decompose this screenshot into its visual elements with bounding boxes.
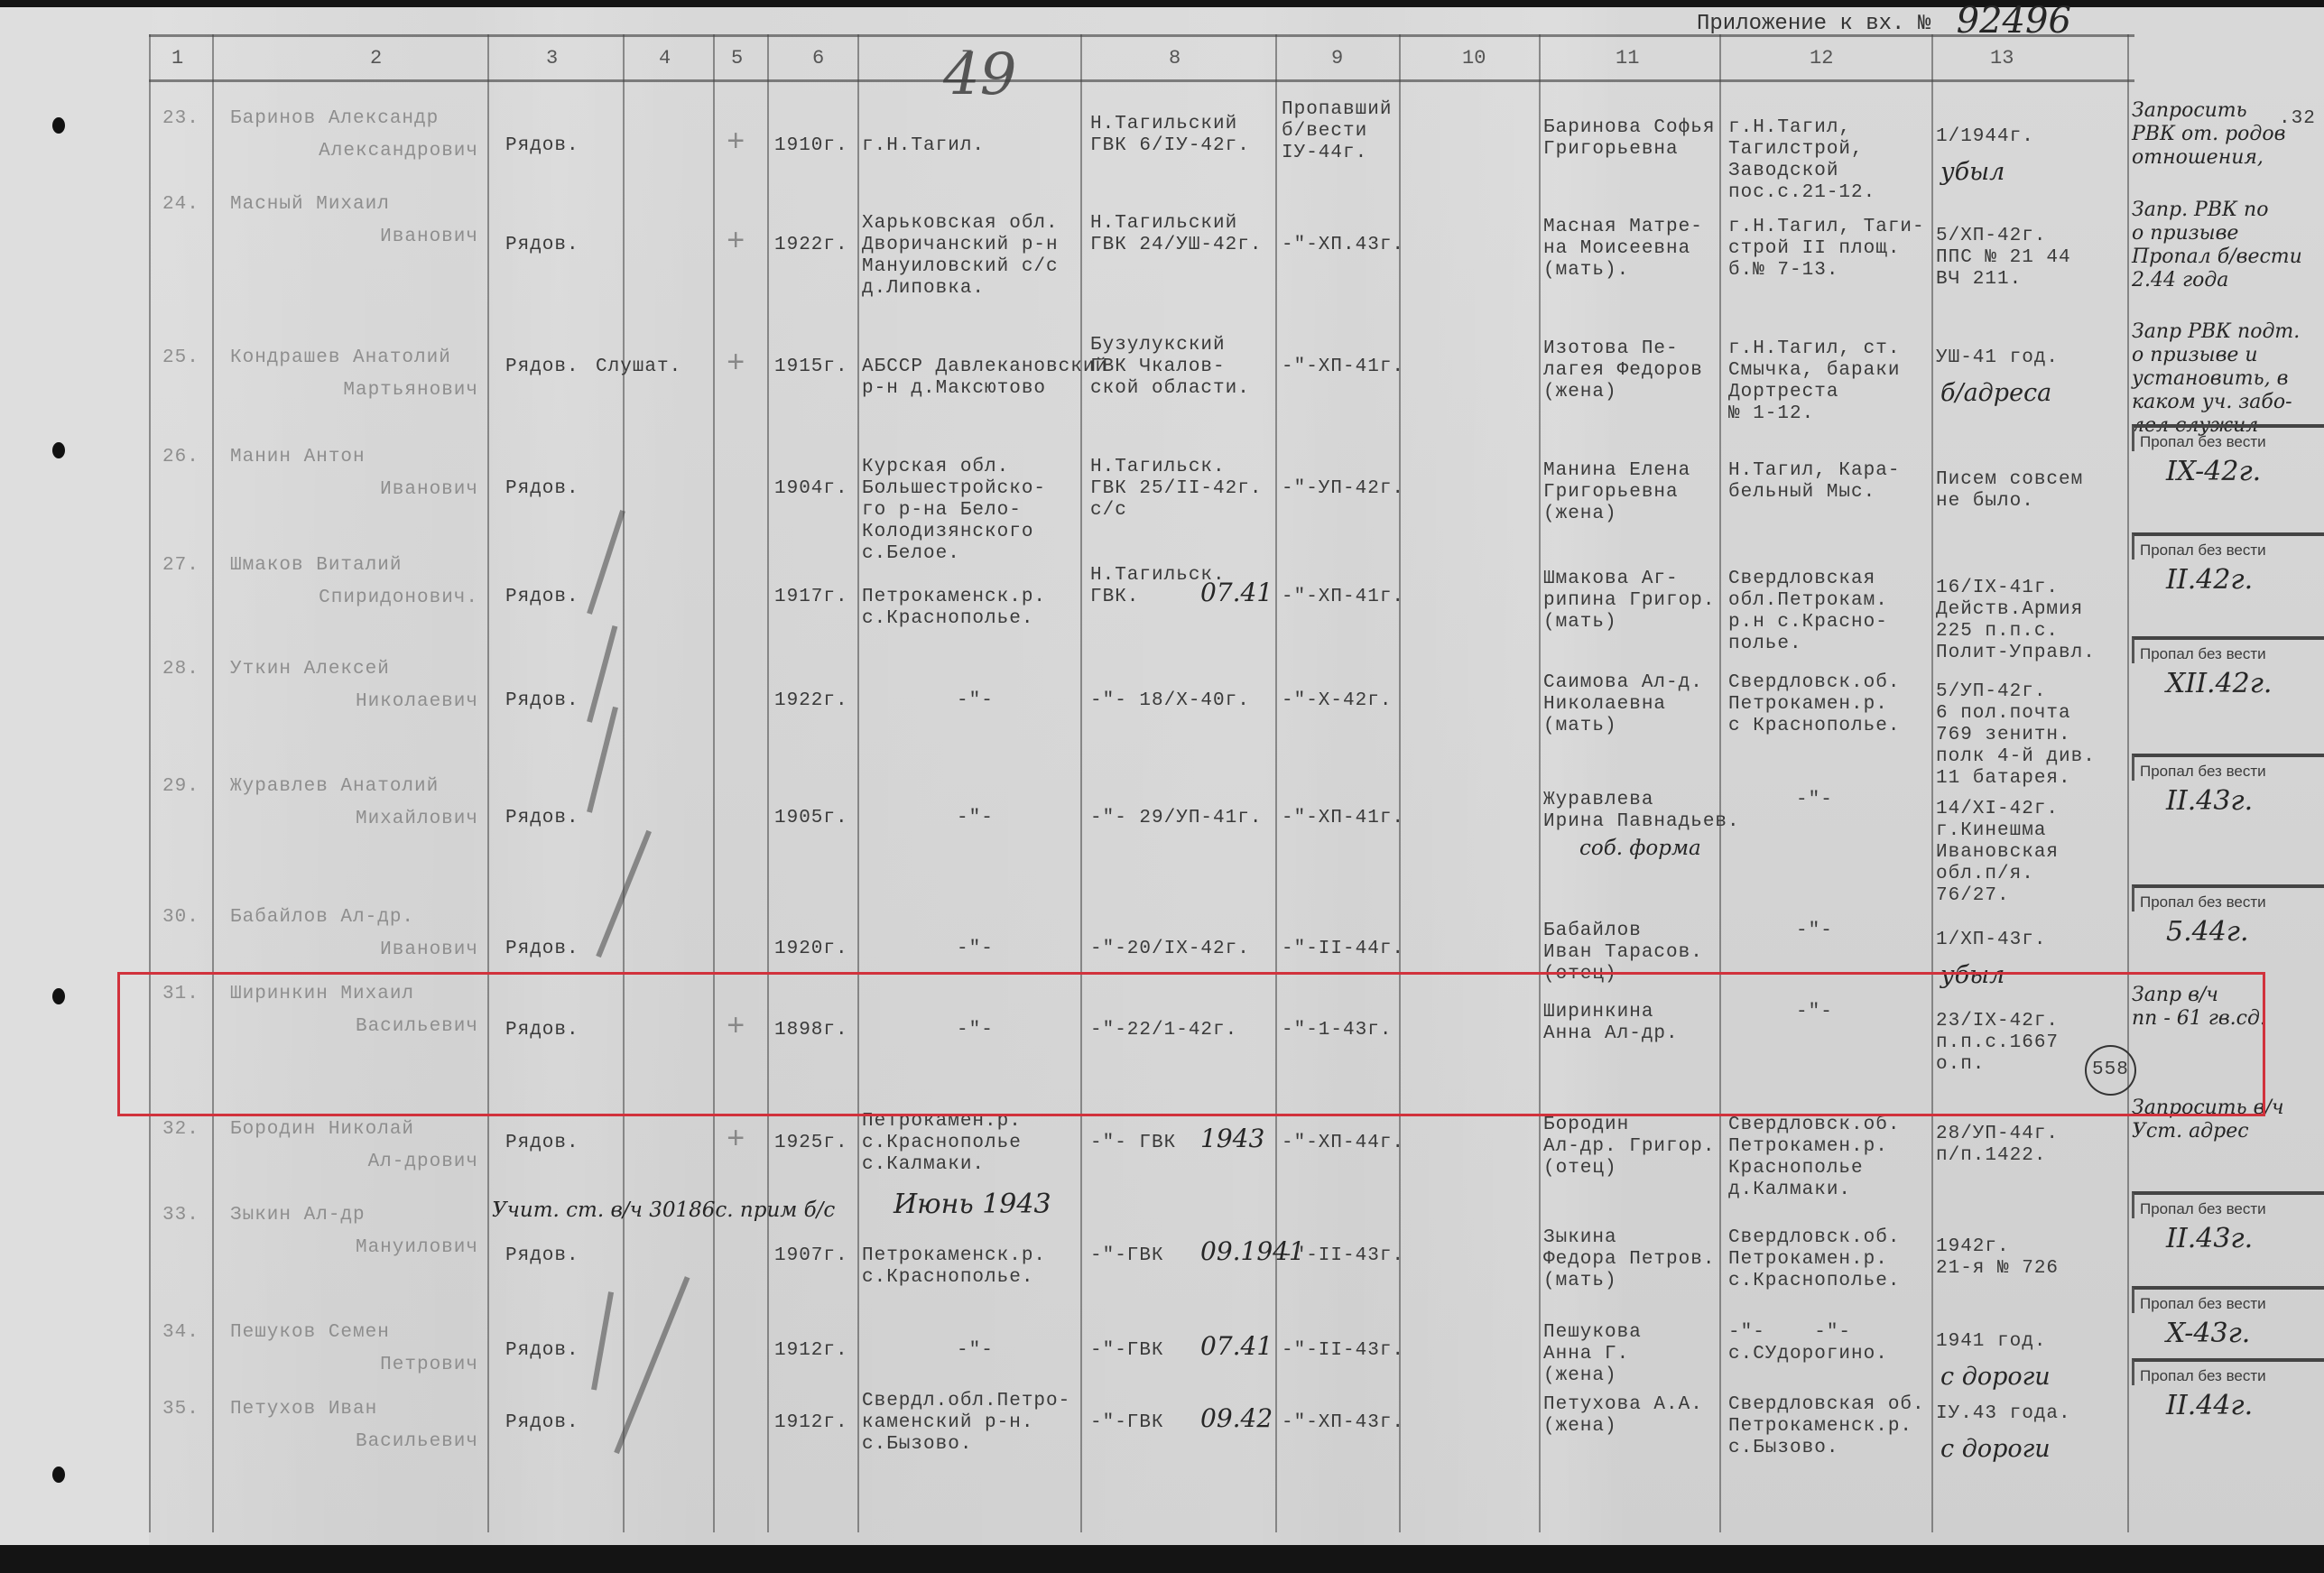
row-number: 29. (162, 776, 199, 798)
draft-date-handwritten: 1943 (1200, 1127, 1264, 1151)
column-divider (1931, 34, 1933, 1532)
last-letter-info: 5/УП-42г. 6 пол.почта 769 зенитн. полк 4… (1936, 681, 2096, 790)
last-letter-info: 5/XП-42г. ППС № 21 44 ВЧ 211. (1936, 226, 2071, 291)
last-letter-info: 28/УП-44г. п/п.1422. (1936, 1124, 2059, 1167)
soldier-patronymic: Николаевич (271, 691, 478, 713)
birth-year: 1925г. (774, 1133, 848, 1154)
birth-year: 1917г. (774, 587, 848, 608)
row-number: 34. (162, 1322, 199, 1344)
birth-year: 1922г. (774, 690, 848, 712)
loss-status: -"-X-42г. (1282, 690, 1392, 712)
column-divider (2127, 34, 2129, 1532)
relative-address: Н.Тагил, Кара- бельный Мыс. (1728, 460, 1900, 504)
soldier-surname-name: Пешуков Семен (230, 1322, 390, 1344)
document-header: Приложение к вх. № 92496 (1697, 5, 2059, 36)
result-annotation-handwritten: Запр. РВК по о призыве Пропал б/вести 2.… (2132, 199, 2302, 292)
row-number: 35. (162, 1399, 199, 1420)
soldier-surname-name: Журавлев Анатолий (230, 776, 439, 798)
soldier-surname-name: Масный Михаил (230, 194, 390, 216)
missing-stamp: Пропал без вести (2132, 1286, 2324, 1313)
soldier-surname-name: Бабайлов Ал-др. (230, 907, 414, 929)
row-number: 32. (162, 1119, 199, 1141)
row-number: 26. (162, 447, 199, 468)
missing-stamp: Пропал без вести (2132, 424, 2324, 451)
relative-name: Изотова Пе- лагея Федоров (жена) (1543, 338, 1703, 403)
relative-name: Манина Елена Григорьевна (жена) (1543, 460, 1690, 525)
column-divider (1275, 34, 1277, 1532)
birthplace: -"- (957, 1340, 994, 1362)
birthplace: АБССР Давлекановский р-н д.Максютово (862, 356, 1107, 400)
draft-date-handwritten: 07.41 (1200, 581, 1273, 605)
missing-stamp: Пропал без вести (2132, 532, 2324, 560)
row-number: 24. (162, 194, 199, 216)
relative-address: г.Н.Тагил, Таги- строй II площ. б.№ 7-13… (1728, 217, 1925, 282)
loss-status: -"-XП-44г. (1282, 1133, 1404, 1154)
birthplace: -"- (957, 808, 994, 829)
column-number: 1 (171, 47, 183, 69)
last-letter-info: 1/1944г. (1936, 126, 2034, 148)
last-letter-info: 1/XП-43г. (1936, 930, 2046, 951)
loss-status: -"-XП.43г. (1282, 235, 1404, 256)
relative-address: Свердловская об. Петрокаменск.р. с.Бызов… (1728, 1394, 1925, 1459)
relative-address: -"- (1796, 921, 1833, 942)
rank: Рядов. (505, 587, 579, 608)
last-letter-handwritten: б/адреса (1940, 382, 2051, 405)
loss-status: -"-XП-43г. (1282, 1412, 1404, 1434)
last-letter-info: 16/IX-41г. Действ.Армия 225 п.п.с. Полит… (1936, 578, 2096, 664)
birth-year: 1905г. (774, 808, 848, 829)
rank: Рядов. (505, 1245, 579, 1267)
soldier-surname-name: Петухов Иван (230, 1399, 377, 1420)
loss-status: -"-XП-41г. (1282, 587, 1404, 608)
rank: Рядов. (505, 808, 579, 829)
margin-mark: .32 (2279, 108, 2316, 130)
relative-annotation-handwritten: соб. форма (1579, 837, 1701, 860)
birthplace: -"- (957, 939, 994, 960)
relative-address: -"- (1796, 790, 1833, 811)
soldier-patronymic: Иванович (271, 227, 478, 248)
soldier-patronymic: Петрович (271, 1355, 478, 1376)
loss-status: -"-II-43г. (1282, 1245, 1404, 1267)
cross-mark-icon: + (727, 347, 745, 382)
draft-office: Н.Тагильский ГВК 24/УШ-42г. (1090, 213, 1262, 256)
relative-name: Баринова Софья Григорьевна (1543, 117, 1715, 161)
table-header-rule (149, 79, 2134, 82)
relative-name: Зыкина Федора Петров. (мать) (1543, 1227, 1715, 1292)
draft-office: -"- 29/УП-41г. (1090, 808, 1262, 829)
column-number: 3 (546, 47, 558, 69)
table-top-rule (149, 34, 2134, 37)
result-annotation-handwritten: II.44г. (2166, 1394, 2253, 1418)
rank: Рядов. (505, 235, 579, 256)
result-annotation-handwritten: XII.42г. (2166, 672, 2272, 696)
soldier-surname-name: Бородин Николай (230, 1119, 414, 1141)
birth-year: 1920г. (774, 939, 848, 960)
soldier-surname-name: Манин Антон (230, 447, 366, 468)
relative-name: Шмакова Аг- рипина Григор. (мать) (1543, 569, 1715, 634)
column-number: 2 (370, 47, 382, 69)
relative-name: Масная Матре- на Моисеевна (мать). (1543, 217, 1703, 282)
column-number: 4 (659, 47, 671, 69)
row-number: 23. (162, 108, 199, 130)
column-number: 11 (1616, 47, 1639, 69)
row-number: 27. (162, 555, 199, 577)
relative-name: Журавлева Ирина Павнадьев. (1543, 790, 1740, 833)
rank-annotation-handwritten: Учит. ст. в/ч 30186с. прим б/с (492, 1198, 835, 1222)
last-letter-info: Писем совсем не было. (1936, 469, 2083, 513)
row-number: 30. (162, 907, 199, 929)
punch-hole (52, 442, 65, 458)
birthplace: Курская обл. Большестройско- го р-на Бел… (862, 457, 1046, 565)
column-divider (149, 34, 151, 1532)
last-letter-info: УШ-41 год. (1936, 347, 2059, 369)
column-divider (857, 34, 859, 1532)
birth-year: 1922г. (774, 235, 848, 256)
birth-year: 1912г. (774, 1412, 848, 1434)
relative-name: Бородин Ал-др. Григор. (отец) (1543, 1115, 1715, 1180)
loss-status: -"-XП-41г. (1282, 356, 1404, 378)
row-number: 28. (162, 659, 199, 680)
draft-office: -"- ГВК (1090, 1133, 1176, 1154)
column-divider (212, 34, 214, 1532)
missing-stamp: Пропал без вести (2132, 636, 2324, 663)
column-number: 8 (1169, 47, 1181, 69)
draft-office: -"- 18/X-40г. (1090, 690, 1250, 712)
rank: Рядов. (505, 135, 579, 157)
column-number: 7 (961, 47, 973, 69)
missing-stamp: Пропал без вести (2132, 1191, 2324, 1218)
soldier-patronymic: Спиридонович. (271, 588, 478, 609)
relative-address: г.Н.Тагил, ст. Смычка, бараки Дортреста … (1728, 338, 1900, 425)
result-annotation-handwritten: II.42г. (2166, 569, 2253, 592)
birth-year: 1915г. (774, 356, 848, 378)
missing-stamp: Пропал без вести (2132, 884, 2324, 911)
result-annotation-handwritten: X-43г. (2166, 1322, 2250, 1346)
relative-address: Свердловск.об. Петрокамен.р. с.Краснопол… (1728, 1227, 1900, 1292)
birthplace: Петрокаменск.р. с.Краснополье. (862, 587, 1046, 630)
relative-address: г.Н.Тагил, Тагилстрой, Заводской пос.с.2… (1728, 117, 1875, 204)
soldier-patronymic: Иванович (271, 479, 478, 501)
cross-mark-icon: + (727, 1124, 745, 1158)
column-divider (1399, 34, 1401, 1532)
result-annotation-handwritten: II.43г. (2166, 790, 2253, 813)
result-annotation-handwritten: IX-42г. (2166, 460, 2261, 484)
rank: Рядов. (505, 1133, 579, 1154)
rank: Рядов. (505, 690, 579, 712)
soldier-patronymic: Ал-дрович (271, 1152, 478, 1173)
draft-date-handwritten: 09.42 (1200, 1407, 1273, 1430)
missing-stamp: Пропал без вести (2132, 754, 2324, 781)
birth-year: 1904г. (774, 478, 848, 500)
result-annotation-handwritten: 5.44г. (2166, 921, 2249, 944)
birthplace-annotation-handwritten: Июнь 1943 (893, 1193, 1051, 1217)
rank: Рядов. (505, 939, 579, 960)
last-letter-handwritten: с дороги (1940, 1438, 2051, 1461)
column-divider (487, 34, 489, 1532)
column-divider (767, 34, 769, 1532)
rank: Рядов. (505, 1412, 579, 1434)
soldier-surname-name: Кондрашев Анатолий (230, 347, 451, 369)
draft-office: -"-ГВК (1090, 1340, 1164, 1362)
column-divider (1719, 34, 1721, 1532)
column-number: 12 (1810, 47, 1833, 69)
birthplace: г.Н.Тагил. (862, 135, 985, 157)
scan-border-bottom (0, 1545, 2324, 1573)
header-prefix: Приложение к вх. № (1697, 12, 1930, 36)
cross-mark-icon: + (727, 126, 745, 161)
column-number: 9 (1331, 47, 1343, 69)
birth-year: 1907г. (774, 1245, 848, 1267)
soldier-surname-name: Зыкин Ал-др (230, 1205, 366, 1226)
last-letter-info: 1942г. 21-я № 726 (1936, 1236, 2059, 1280)
punch-hole (52, 988, 65, 1004)
soldier-surname-name: Уткин Алексей (230, 659, 390, 680)
last-letter-handwritten: убыл (1940, 161, 2005, 184)
highlight-box (117, 972, 2265, 1116)
rank: Рядов. (505, 478, 579, 500)
relative-address: -"- -"- с.СУдорогино. (1728, 1322, 1888, 1365)
rank: Рядов. (505, 356, 579, 378)
column-divider (623, 34, 625, 1532)
relative-name: Пешукова Анна Г. (жена) (1543, 1322, 1642, 1387)
draft-office: Н.Тагильск. ГВК 25/II-42г. с/с (1090, 457, 1262, 522)
draft-office: -"-ГВК (1090, 1412, 1164, 1434)
draft-office: Бузулукский ГВК Чкалов- ской области. (1090, 335, 1250, 400)
column-number: 5 (731, 47, 743, 69)
birthplace: Петрокаменск.р. с.Краснополье. (862, 1245, 1046, 1289)
relative-address: Свердловск.об. Петрокамен.р. Краснополье… (1728, 1115, 1900, 1201)
position: Слушат. (596, 356, 681, 378)
birthplace: Харьковская обл. Дворичанский р-н Мануил… (862, 213, 1059, 300)
row-number: 33. (162, 1205, 199, 1226)
page-number: 49 (943, 63, 1016, 87)
last-letter-info: 1941 год. (1936, 1331, 2046, 1353)
loss-status: -"-II-43г. (1282, 1340, 1404, 1362)
birthplace: Свердл.обл.Петро- каменский р-н. с.Бызов… (862, 1391, 1070, 1456)
loss-status: -"-XП-41г. (1282, 808, 1404, 829)
relative-address: Свердловская обл.Петрокам. р.н с.Красно-… (1728, 569, 1888, 655)
soldier-patronymic: Мануилович (271, 1237, 478, 1259)
soldier-surname-name: Баринов Александр (230, 108, 439, 130)
result-annotation-handwritten: II.43г. (2166, 1227, 2253, 1251)
result-annotation-handwritten: Запр РВК подт. о призыве и установить, в… (2132, 320, 2300, 438)
relative-address: Свердловск.об. Петрокамен.р. с Краснопол… (1728, 672, 1900, 737)
column-divider (1080, 34, 1082, 1532)
relative-name: Петухова А.А. (жена) (1543, 1394, 1703, 1438)
soldier-surname-name: Шмаков Виталий (230, 555, 402, 577)
draft-office: -"-20/IX-42г. (1090, 939, 1250, 960)
punch-hole (52, 117, 65, 134)
rank: Рядов. (505, 1340, 579, 1362)
page-margin (0, 7, 149, 1559)
result-annotation-handwritten: Запросить РВК от. родов отношения, (2132, 99, 2285, 170)
draft-date-handwritten: 07.41 (1200, 1335, 1273, 1358)
last-letter-handwritten: с дороги (1940, 1365, 2051, 1389)
column-number: 6 (812, 47, 824, 69)
birthplace: -"- (957, 690, 994, 712)
draft-office: Н.Тагильский ГВК 6/IУ-42г. (1090, 114, 1250, 157)
punch-hole (52, 1467, 65, 1483)
loss-status: -"-II-44г. (1282, 939, 1404, 960)
column-divider (713, 34, 715, 1532)
birthplace: Петрокамен.р. с.Краснополье с.Калмаки. (862, 1111, 1022, 1176)
relative-name: Саимова Ал-д. Николаевна (мать) (1543, 672, 1703, 737)
loss-status: -"-УП-42г. (1282, 478, 1404, 500)
soldier-patronymic: Иванович (271, 939, 478, 961)
birth-year: 1910г. (774, 135, 848, 157)
soldier-patronymic: Михайлович (271, 809, 478, 830)
row-number: 25. (162, 347, 199, 369)
column-divider (1539, 34, 1541, 1532)
loss-status: Пропавший б/вести IУ-44г. (1282, 99, 1392, 164)
draft-office: -"-ГВК (1090, 1245, 1164, 1267)
soldier-patronymic: Мартьянович (271, 380, 478, 402)
birth-year: 1912г. (774, 1340, 848, 1362)
cross-mark-icon: + (727, 226, 745, 260)
last-letter-info: 14/XI-42г. г.Кинешма Ивановская обл.п/я.… (1936, 799, 2059, 907)
column-number: 10 (1462, 47, 1486, 69)
last-letter-info: IУ.43 года. (1936, 1403, 2071, 1425)
missing-stamp: Пропал без вести (2132, 1358, 2324, 1385)
soldier-patronymic: Александрович (271, 141, 478, 162)
soldier-patronymic: Васильевич (271, 1431, 478, 1453)
column-number: 13 (1990, 47, 2014, 69)
